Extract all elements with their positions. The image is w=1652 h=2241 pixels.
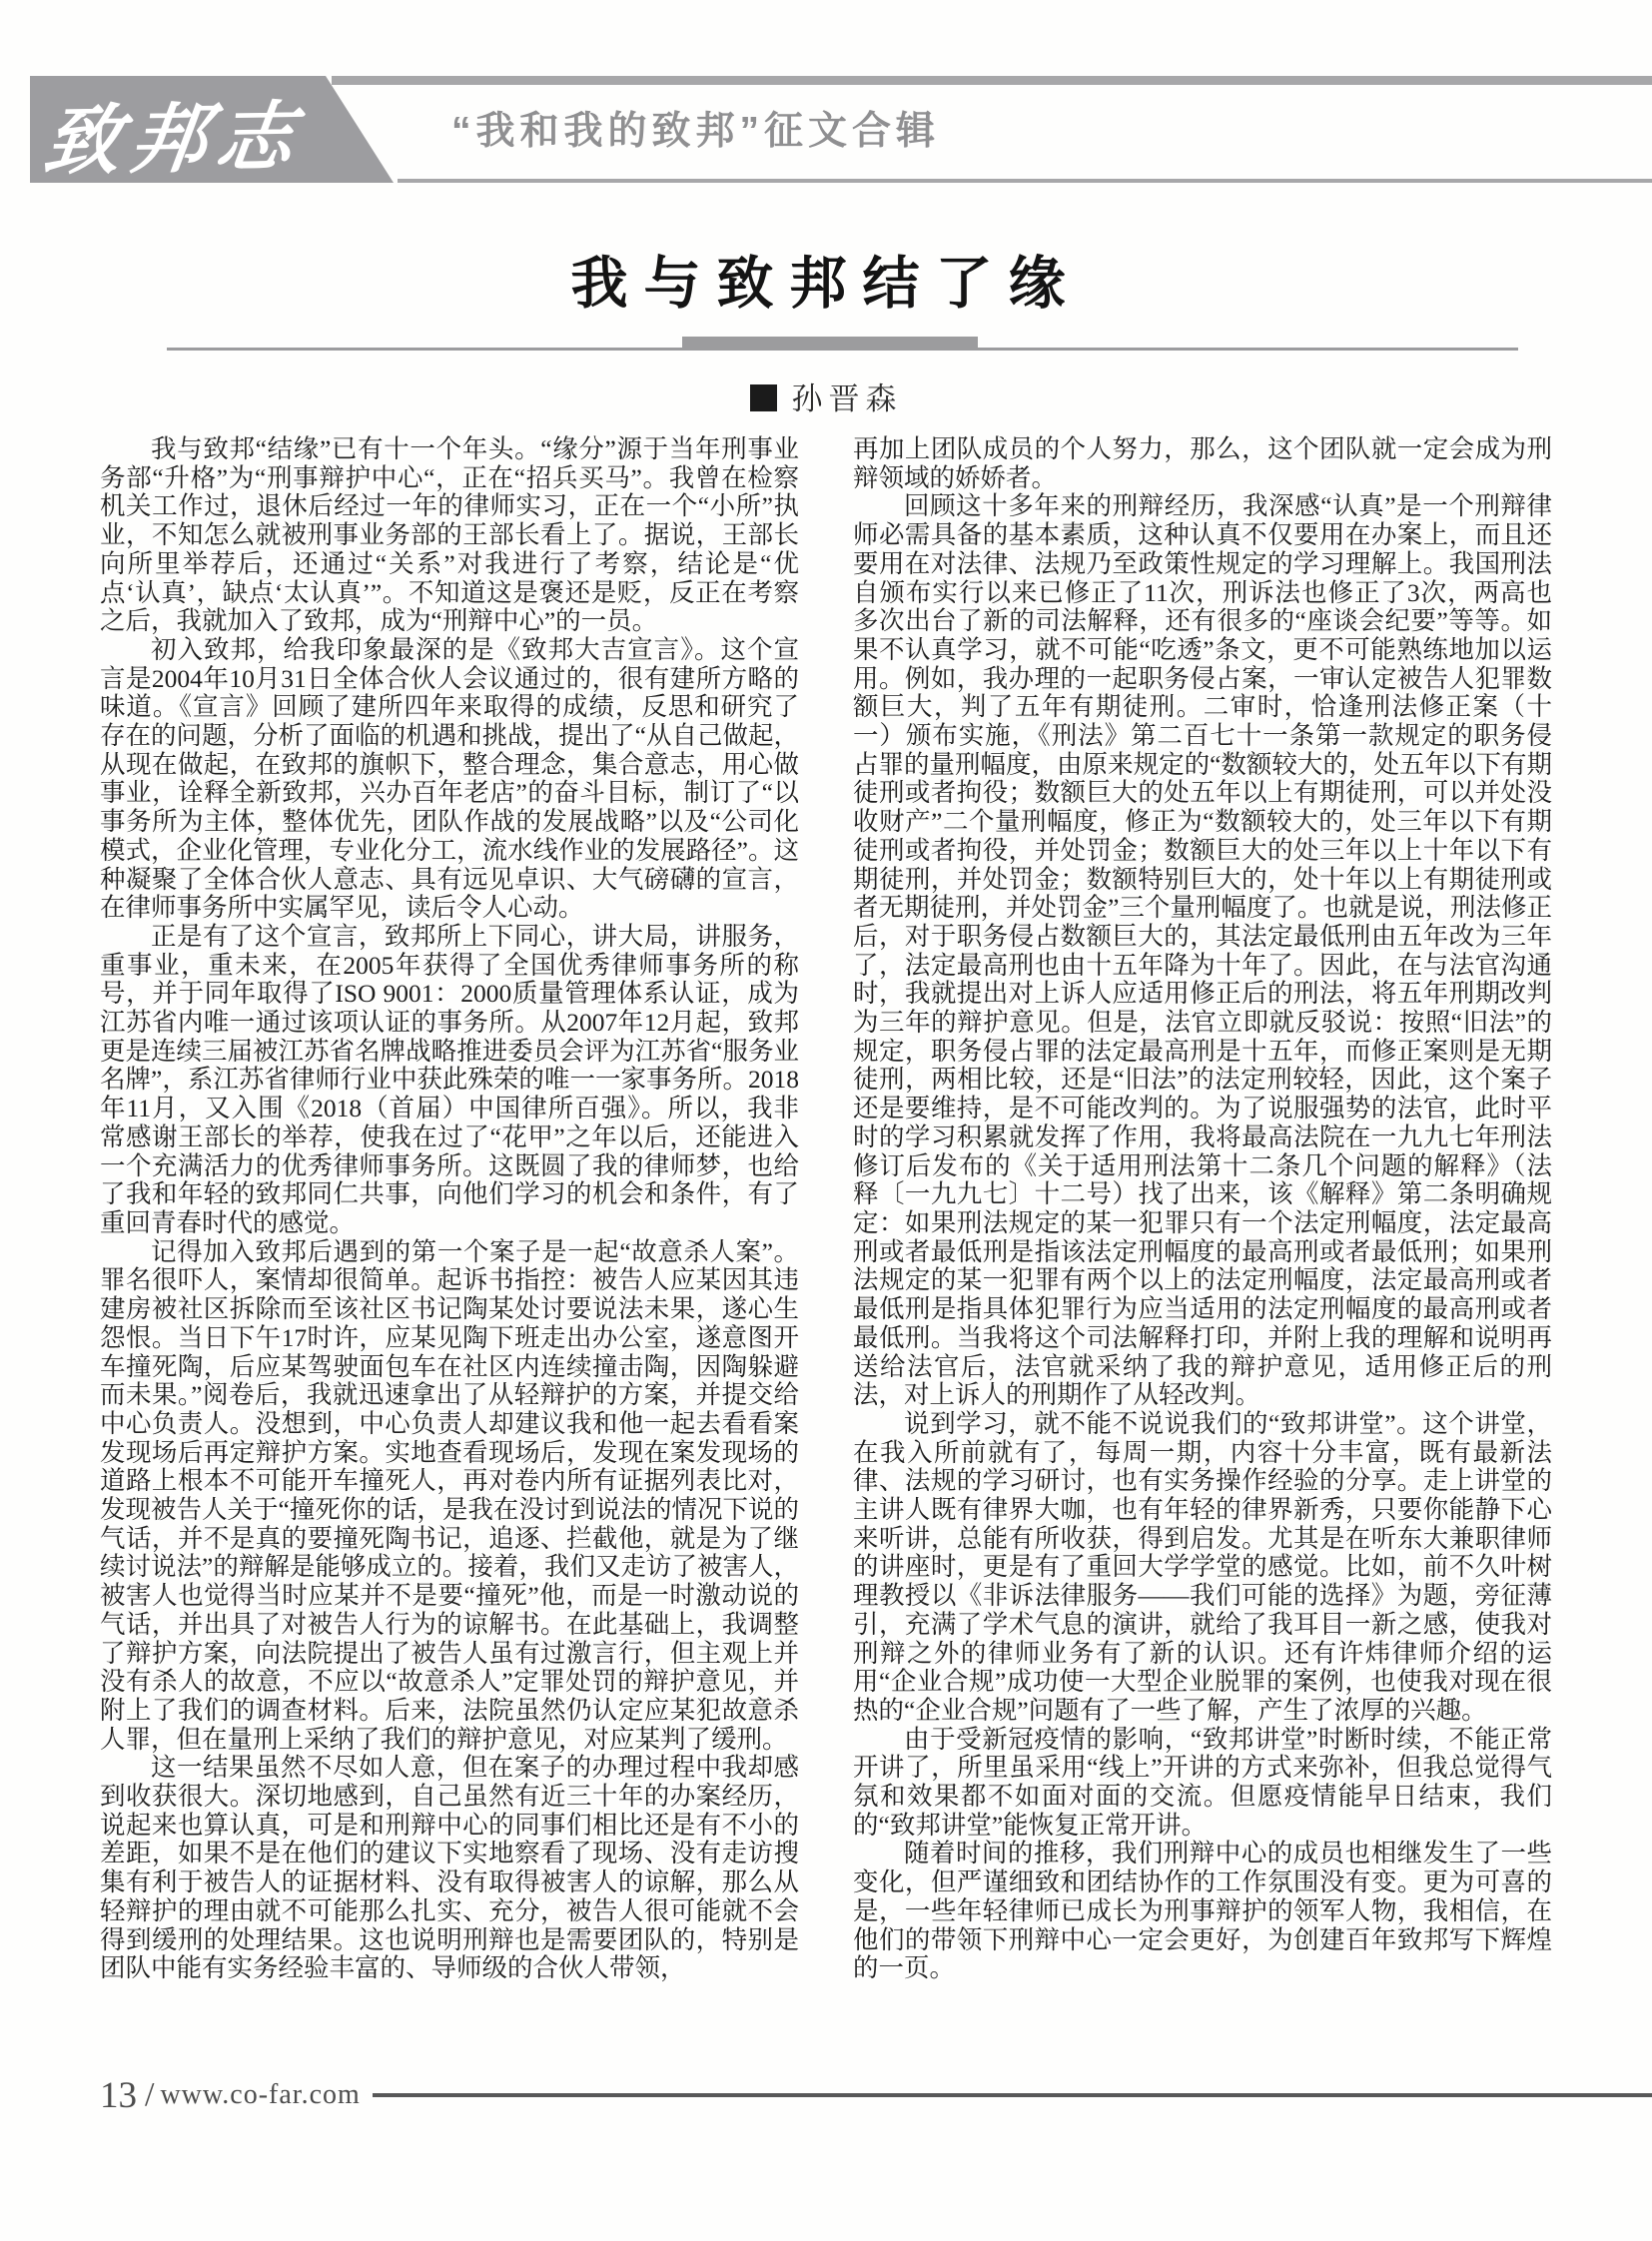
masthead-logo-calligraphy: 致邦志 bbox=[39, 75, 353, 189]
footer-separator: / bbox=[145, 2076, 154, 2114]
header-bottom-rule bbox=[398, 179, 1652, 183]
paragraph: 说到学习，就不能不说说我们的“致邦讲堂”。这个讲堂，在我入所前就有了，每周一期，… bbox=[853, 1410, 1552, 1726]
footer-website: www.co-far.com bbox=[160, 2079, 360, 2111]
page-footer: 13 / www.co-far.com bbox=[100, 2073, 1652, 2117]
title-divider-bar bbox=[682, 337, 978, 349]
paragraph: 我与致邦“结缘”已有十一个年头。“缘分”源于当年刑事业务部“升格”为“刑事辩护中… bbox=[100, 435, 799, 636]
section-slogan: “我和我的致邦”征文合辑 bbox=[451, 100, 940, 156]
author-square-icon bbox=[750, 384, 777, 411]
masthead-banner: 致邦志 bbox=[30, 76, 394, 183]
header-top-rule bbox=[332, 76, 1652, 85]
paragraph: 随着时间的推移，我们刑辩中心的成员也相继发生了一些变化，但严谨细致和团结协作的工… bbox=[853, 1840, 1552, 1983]
paragraph: 这一结果虽然不尽如人意，但在案子的办理过程中我却感到收获很大。深切地感到，自己虽… bbox=[100, 1754, 799, 1983]
author-byline: 孙晋森 bbox=[0, 373, 1652, 418]
paragraph: 初入致邦，给我印象最深的是《致邦大吉宣言》。这个宣言是2004年10月31日全体… bbox=[100, 636, 799, 923]
magazine-page: 致邦志 “我和我的致邦”征文合辑 我与致邦结了缘 孙晋森 我与致邦“结缘”已有十… bbox=[0, 0, 1652, 2241]
paragraph: 再加上团队成员的个人努力，那么，这个团队就一定会成为刑辩领域的娇娇者。 bbox=[853, 435, 1552, 492]
paragraph: 记得加入致邦后遇到的第一个案子是一起“故意杀人案”。罪名很吓人，案情却很简单。起… bbox=[100, 1238, 799, 1755]
footer-rule bbox=[373, 2093, 1652, 2097]
page-number: 13 bbox=[100, 2074, 137, 2117]
article-title: 我与致邦结了缘 bbox=[0, 238, 1652, 320]
paragraph: 正是有了这个宣言，致邦所上下同心，讲大局，讲服务，重事业，重未来，在2005年获… bbox=[100, 923, 799, 1238]
body-column-left: 我与致邦“结缘”已有十一个年头。“缘分”源于当年刑事业务部“升格”为“刑事辩护中… bbox=[100, 435, 799, 1983]
body-column-right: 再加上团队成员的个人努力，那么，这个团队就一定会成为刑辩领域的娇娇者。回顾这十多… bbox=[853, 435, 1552, 1983]
paragraph: 由于受新冠疫情的影响，“致邦讲堂”时断时续，不能正常开讲了，所里虽采用“线上”开… bbox=[853, 1726, 1552, 1841]
paragraph: 回顾这十多年来的刑辩经历，我深感“认真”是一个刑辩律师必需具备的基本素质，这种认… bbox=[853, 492, 1552, 1410]
author-name: 孙晋森 bbox=[792, 381, 903, 416]
